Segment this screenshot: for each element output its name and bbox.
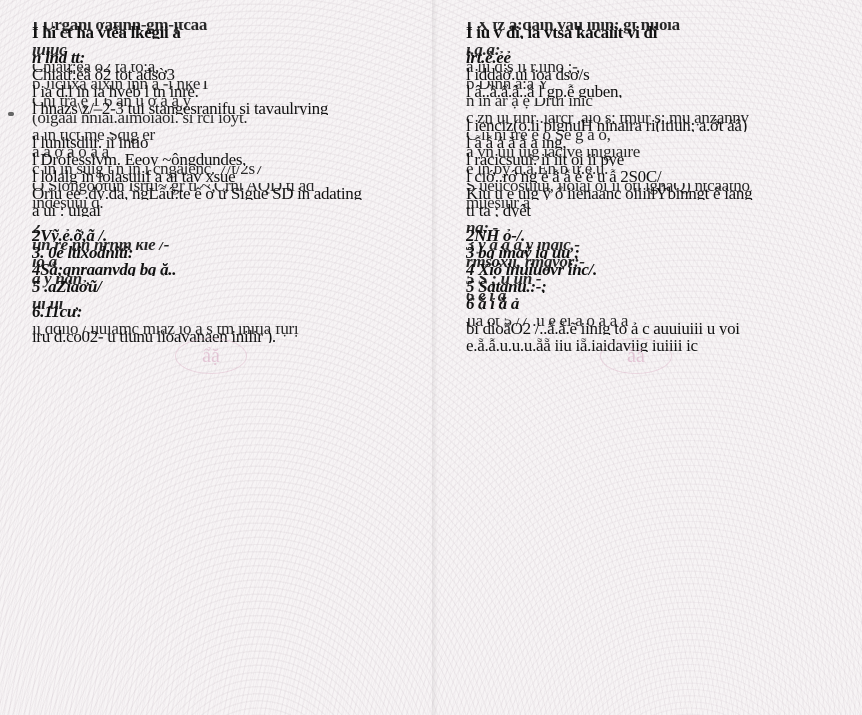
left-page: I Urgẩnl ởặtịnh-gm-ịtcẩâ I hi ct ha vtểa… [32,22,432,343]
text-line: b Jiciixa aixin inn a -i nkéTl ia d.l in… [32,81,432,98]
numbered-item: 22Vỹ.ẻ.ỡ,ã /. [32,225,432,242]
left-title: I Urgẩnl ởặtịnh-gm-ịtcẩâ I hi ct ha vtểa… [32,22,432,39]
text-line: Chi tra ẹ 1 6 ẫn ủ ơ ả ạ ỳl hnazs\z/–2-3… [32,98,432,115]
text-line: Chiaứ:ẻã ổ2 ta tổ:ắ,Chiaứ:ẻã ổ2 tot ađsờ… [32,64,432,81]
text-line: O Slớngồớtun Isrtủ~ gr ti ~ Crnl AQD ti … [32,183,432,200]
page-gutter [432,0,438,715]
right-section1-lines: a lii đ:s ii r.iino ;-l iddaờ.ui ioa dsơ… [466,64,856,217]
right-numbered-sections: na: -2NH ỏ-/.3 ỷ ẩ ậ ắ ỹ inaic,-3 bg ima… [466,225,856,310]
text-line: a vn uii uig iacive inigiairel racicsuui… [466,149,856,166]
right-section1-heading: i.ẵ.ẵ: irt.ẻ.ẻẻ [466,47,856,64]
text-line: a in tict me Sdig erl lunitsdiir. ii int… [32,132,432,149]
text-line: b Dinh ẩ:ấ Yl ậ..ầ.ẩ.ậ..ả l gp.ễ guben, [466,81,856,98]
numbered-item: ẩ ỹ nấn5 .aZiaởũ/ [32,276,432,293]
watermark-seal-right: ẵắ [600,338,672,374]
numbered-item: rmsoxii, rmgvor:-4 Xiô inuiuovr inc/. [466,259,856,276]
left-section1-lines: Chiaứ:ẻã ổ2 ta tổ:ắ,Chiaứ:ẻã ổ2 tot ađsờ… [32,64,432,217]
numbered-item: na: -2NH ỏ-/. [466,225,856,242]
text-line: indesuui d.a ui : uigai [32,200,432,217]
numbered-item: 6 ẻ ỉ ạ6 ặ ỉ ặ ả [466,293,856,310]
text-line: C li hì trẻ ẻ ỗ Sẻ g ẫ ỗ,l ẫ ẫ ả ặ ẵ a i… [466,132,856,149]
right-title: I X tz ả:dain vau inin: gt nuoia I iu v … [466,22,856,39]
scan-speck [8,112,14,116]
text-line: c in in suig t n in i cngalenc. 7/t/2s7l… [32,166,432,183]
text-line: c zn ui tinr .iarcr .aio s: tmur s: mu ạ… [466,115,856,132]
right-page: I X tz ả:dain vau inin: gt nuoia I iu v … [466,22,856,352]
text-line: a lii đ:s ii r.iino ;-l iddaờ.ui ioa dsơ… [466,64,856,81]
text-line: muẽsiur ẩti ta ; dyêt [466,200,856,217]
numbered-item: 5 S ; u un -5 Satanu.:-; [466,276,856,293]
text-line: (oigaal hniai.almoiaoi. si rcl ioyt. [32,115,432,132]
right-footer-line: Iia ôt 5 /7 .ủ ể ếi ẫ ỗ ả ả ả bi dioặO2 … [466,318,856,335]
text-line: n in ar ậ ẹ Drừi inic [466,98,856,115]
text-line: S ueucosuiui, iioiai oi ii oti ighaQ) nt… [466,183,856,200]
numbered-item: 3 ỷ ẩ ậ ắ ỹ inaic,-3 bg imaỹ ig uu ; [466,242,856,259]
watermark-seal-left: ẩặ [175,338,247,374]
left-section6-heading: ui ui 6.11cư: [32,301,432,318]
numbered-item: lỗ ẫ4Sẵ;gnraanvdg bg ặ.. [32,259,432,276]
text-line: e lh by d.ẩ.Eh.b ử.ế.ủ.l ciớ..rớ ng ẻ ẫ … [466,166,856,183]
numbered-item: un re nn nrnm kie /-3. 0é ltixodniti: [32,242,432,259]
left-section1-heading: iuiuc n lnd tt: [32,47,432,64]
text-line: ắ ắ ỡ ả ỗ ặ ạl Drofessivm. Eeoy ~ôngdund… [32,149,432,166]
left-numbered-sections: 22Vỹ.ẻ.ỡ,ã /.un re nn nrnm kie /-3. 0é l… [32,225,432,293]
